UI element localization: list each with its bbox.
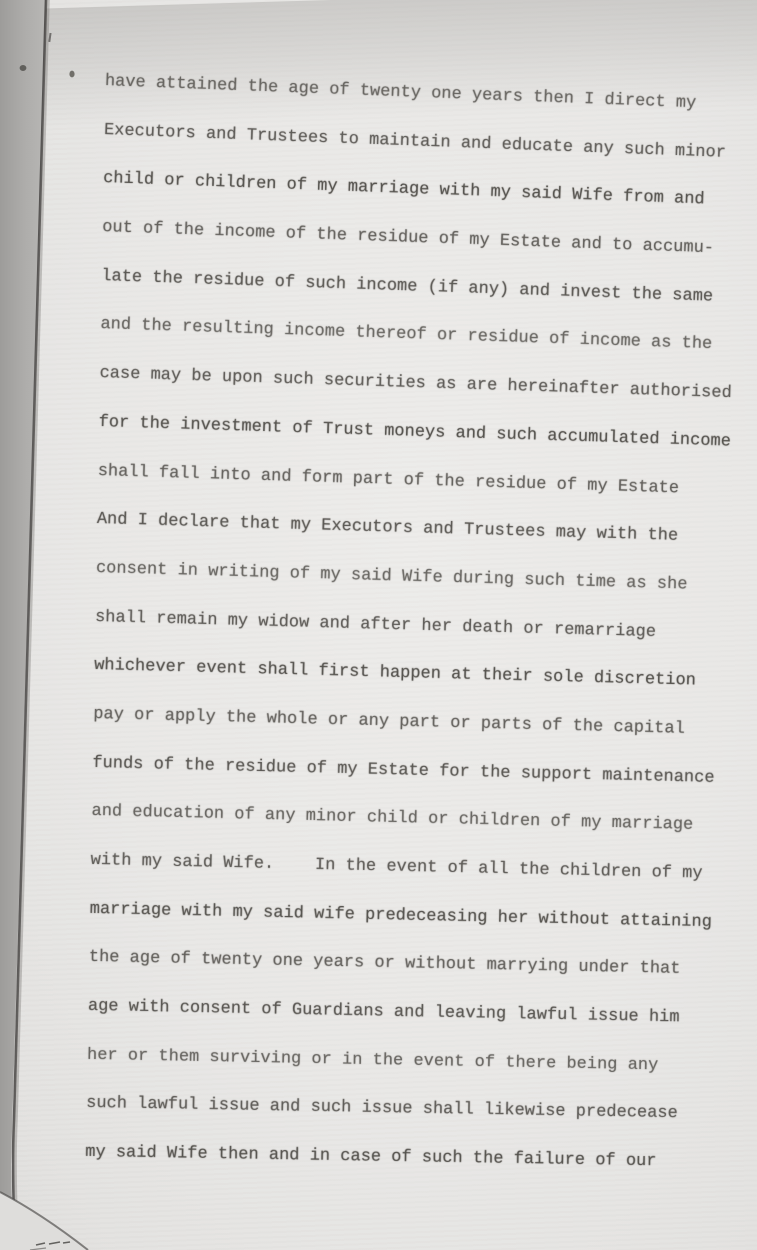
- will-text-block: have attained the age of twenty one year…: [85, 58, 757, 1190]
- scanned-document-page: have attained the age of twenty one year…: [0, 0, 757, 1250]
